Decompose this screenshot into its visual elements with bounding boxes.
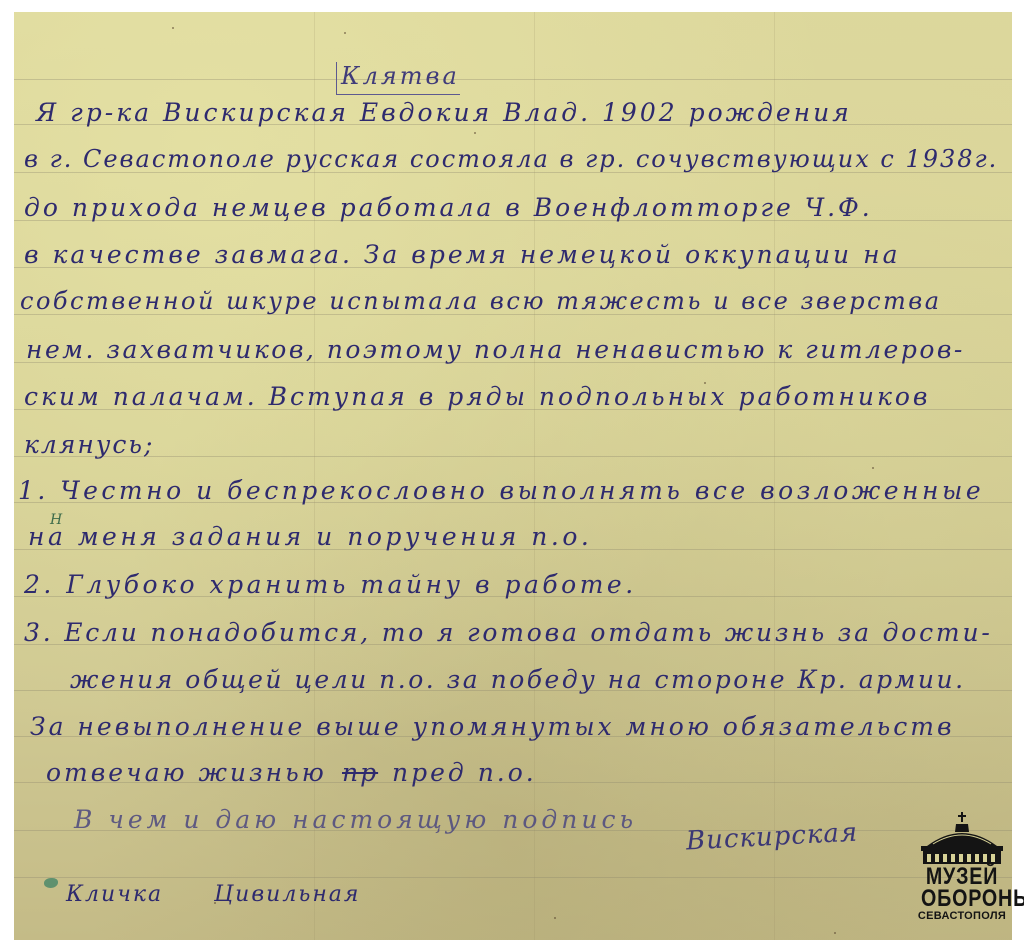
struck-word: пр (342, 760, 378, 785)
ruled-line (14, 79, 1012, 80)
paper-speck (172, 27, 174, 29)
text-line: собственной шкуре испытала всю тяжесть и… (20, 289, 942, 313)
text-line: За невыполнение выше упомянутых мною обя… (30, 714, 955, 739)
paper-speck (554, 917, 556, 919)
ruled-line (14, 456, 1012, 457)
alias-label: Кличка (66, 884, 163, 906)
signature: Вискирская (685, 818, 858, 857)
ruled-line (14, 877, 1012, 878)
text-line: Я гр-ка Вискирская Евдокия Влад. 1902 ро… (36, 100, 852, 125)
museum-logo: МУЗЕЙ ОБОРОНЫ СЕВАСТОПОЛЯ (912, 812, 1012, 923)
paper-speck (834, 932, 836, 934)
text-line: клянусь; (24, 432, 154, 457)
text-line: пред п.о. (392, 760, 537, 785)
text-line: 2. Глубоко хранить тайну в работе. (24, 572, 637, 597)
paper-speck (474, 132, 476, 134)
text-line: нем. захватчиков, поэтому полна ненавист… (26, 337, 965, 362)
text-line: 1. Честно и беспрекословно выполнять все… (18, 478, 984, 503)
text-line: отвечаю жизнью (46, 760, 327, 785)
text-line: в качестве завмага. За время немецкой ок… (24, 242, 900, 267)
text-line: на меня задания и поручения п.о. (28, 524, 592, 549)
logo-line-defense: ОБОРОНЫ (921, 888, 1003, 910)
text-line: до прихода немцев работала в Военфлоттор… (24, 195, 873, 220)
text-line: жения общей цели п.о. за победу на сторо… (70, 667, 966, 692)
paper-speck (872, 467, 874, 469)
panorama-dome-icon (919, 812, 1005, 866)
text-line: ским палачам. Вступая в ряды подпольных … (24, 384, 930, 409)
document-title: Клятва (336, 62, 460, 95)
document-page: Клятва Я гр-ка Вискирская Евдокия Влад. … (14, 12, 1012, 940)
text-line: в г. Севастополе русская состояла в гр. … (24, 147, 998, 171)
alias-value: Цивильная (214, 884, 361, 906)
paper-speck (344, 32, 346, 34)
text-line: 3. Если понадобится, то я готова отдать … (24, 620, 993, 645)
ink-blot (44, 878, 58, 888)
text-line: В чем и даю настоящую подпись (74, 807, 637, 832)
